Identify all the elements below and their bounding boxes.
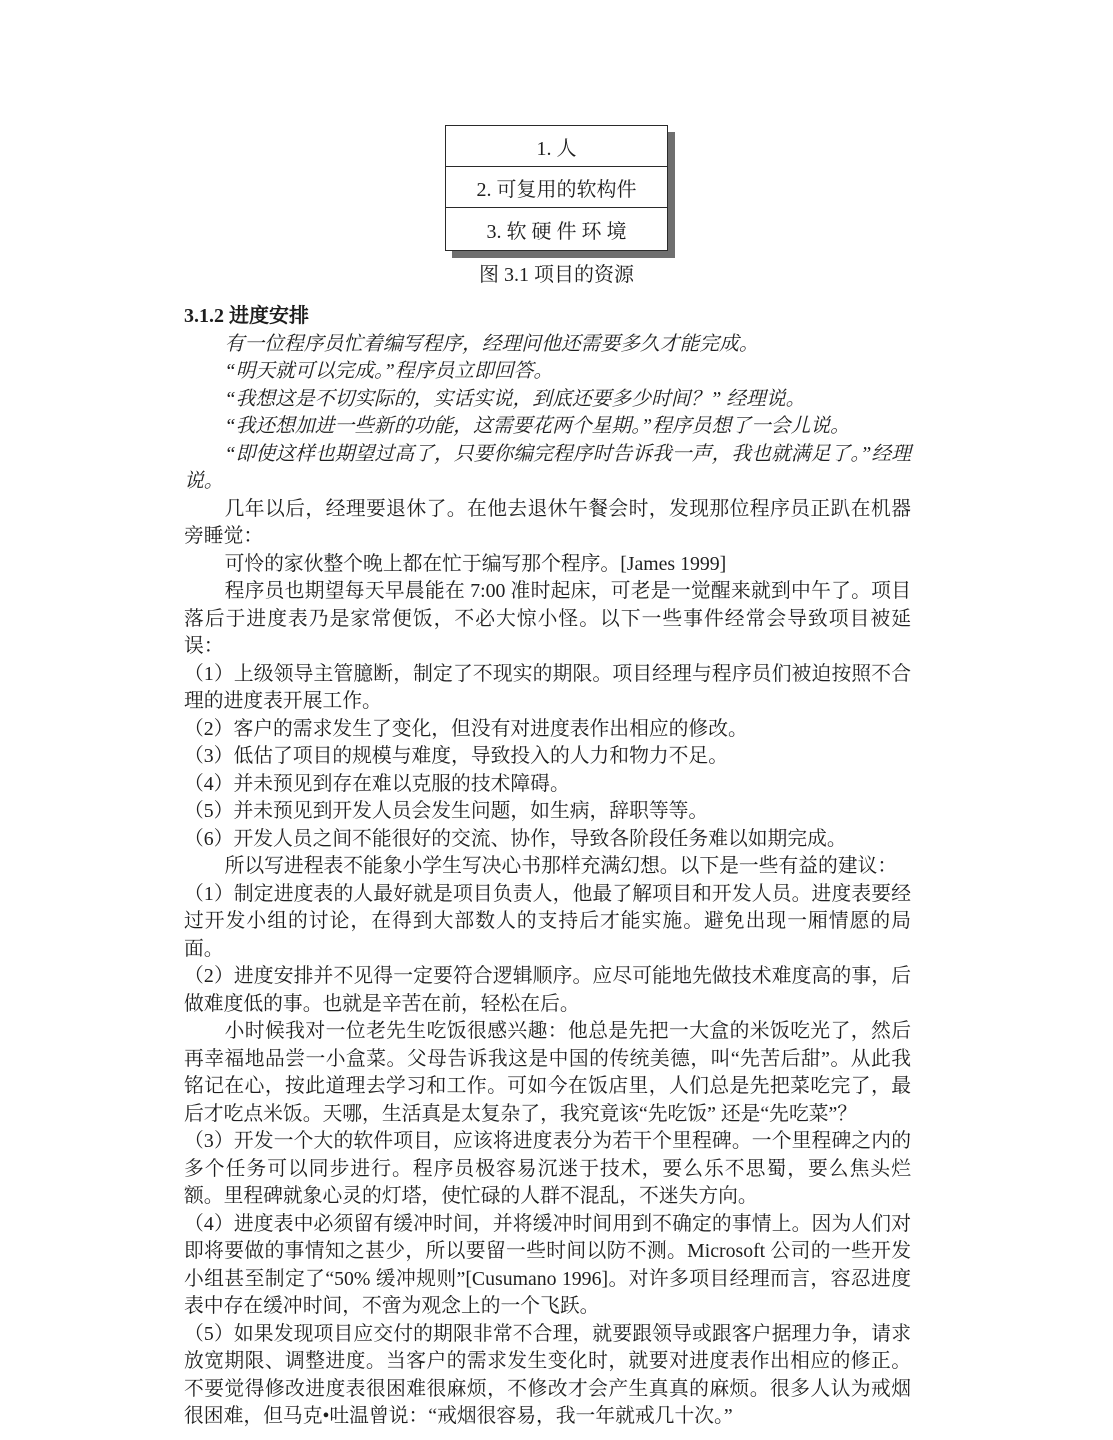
paragraph-anecdote-eating: 小时候我对一位老先生吃饭很感兴趣：他总是先把一大盒的米饭吃光了，然后再幸福地品尝…	[184, 1018, 911, 1128]
list-item-advice-4: （4）进度表中必须留有缓冲时间，并将缓冲时间用到不确定的事情上。因为人们对即将要…	[184, 1211, 911, 1321]
list-item-delay-2: （2）客户的需求发生了变化，但没有对进度表作出相应的修改。	[184, 716, 911, 744]
figure-caption: 图 3.1 项目的资源	[0, 258, 1113, 287]
paragraph-dialogue: “我想这是不切实际的，实话实说，到底还要多少时间？” 经理说。	[184, 386, 911, 414]
paragraph-story-citation: 可怜的家伙整个晚上都在忙于编写那个程序。[James 1999]	[184, 551, 911, 579]
paragraph-dialogue: “明天就可以完成。”程序员立即回答。	[184, 358, 911, 386]
list-item-delay-4: （4）并未预见到存在难以克服的技术障碍。	[184, 771, 911, 799]
paragraph-intro-delays: 程序员也期望每天早晨能在 7:00 准时起床，可老是一觉醒来就到中午了。项目落后…	[184, 578, 911, 661]
list-item-delay-3: （3）低估了项目的规模与难度，导致投入的人力和物力不足。	[184, 743, 911, 771]
figure-row-hw-sw-environment: 3. 软 硬 件 环 境	[446, 208, 667, 250]
list-item-advice-2: （2）进度安排并不见得一定要符合逻辑顺序。应尽可能地先做技术难度高的事，后做难度…	[184, 963, 911, 1018]
figure-row-reusable-components: 2. 可复用的软构件	[446, 167, 667, 208]
list-item-advice-5: （5）如果发现项目应交付的期限非常不合理，就要跟领导或跟客户据理力争，请求放宽期…	[184, 1321, 911, 1431]
figure-row-people: 1. 人	[446, 126, 667, 167]
section-body: 3.1.2 进度安排 有一位程序员忙着编写程序，经理问他还需要多久才能完成。 “…	[184, 303, 911, 1431]
document-page: { "figure": { "rows": ["1. 人", "2. 可复用的软…	[0, 0, 1113, 1440]
paragraph-intro-advice: 所以写进程表不能象小学生写决心书那样充满幻想。以下是一些有益的建议：	[184, 853, 911, 881]
paragraph-story: 几年以后，经理要退休了。在他去退休午餐会时，发现那位程序员正趴在机器旁睡觉：	[184, 496, 911, 551]
list-item-delay-5: （5）并未预见到开发人员会发生问题，如生病，辞职等等。	[184, 798, 911, 826]
paragraph-story: 有一位程序员忙着编写程序，经理问他还需要多久才能完成。	[184, 331, 911, 359]
section-heading: 3.1.2 进度安排	[184, 303, 911, 331]
figure-box: 1. 人 2. 可复用的软构件 3. 软 硬 件 环 境	[445, 125, 668, 251]
list-item-advice-3: （3）开发一个大的软件项目，应该将进度表分为若干个里程碑。一个里程碑之内的多个任…	[184, 1128, 911, 1211]
figure-resources: 1. 人 2. 可复用的软构件 3. 软 硬 件 环 境	[445, 125, 668, 251]
list-item-delay-1: （1）上级领导主管臆断，制定了不现实的期限。项目经理与程序员们被迫按照不合理的进…	[184, 661, 911, 716]
paragraph-dialogue: “即使这样也期望过高了，只要你编完程序时告诉我一声，我也就满足了。”经理说。	[184, 441, 911, 496]
list-item-delay-6: （6）开发人员之间不能很好的交流、协作，导致各阶段任务难以如期完成。	[184, 826, 911, 854]
list-item-advice-1: （1）制定进度表的人最好就是项目负责人，他最了解项目和开发人员。进度表要经过开发…	[184, 881, 911, 964]
paragraph-dialogue: “我还想加进一些新的功能，这需要花两个星期。”程序员想了一会儿说。	[184, 413, 911, 441]
